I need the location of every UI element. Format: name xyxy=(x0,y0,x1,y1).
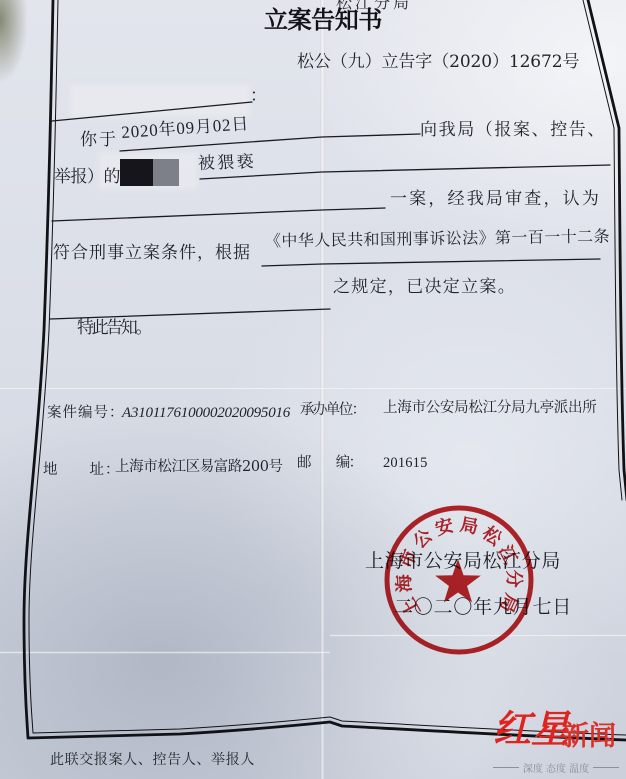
postcode-label: 邮 编： xyxy=(297,456,362,471)
signature-agency: 上海市公安局松江分局 xyxy=(365,552,561,571)
line3-suffix: 一案，经我局审查，认为 xyxy=(390,191,601,208)
line1-suffix: 向我局（报案、控告、 xyxy=(420,122,606,139)
privacy-blur-recipient xyxy=(70,84,250,118)
copy-recipient-note: 此联交报案人、控告人、举报人 xyxy=(50,753,255,767)
line4-prefix: 符合刑事立案条件，根据 xyxy=(53,245,251,262)
address-label: 地 址： xyxy=(43,463,121,478)
handler-label: 承办单位： xyxy=(300,403,365,418)
border-right-outer xyxy=(588,0,626,500)
document-title: 立案告知书 xyxy=(264,8,382,32)
watermark-slogan: 深度 态度 温度 xyxy=(493,760,619,775)
underline-case xyxy=(200,165,610,179)
paper-fold-horizontal xyxy=(0,387,626,390)
address-value: 上海市松江区易富路200号 xyxy=(115,460,283,475)
filled-date: 2020年09月02日 xyxy=(121,115,250,141)
slogan-rule-right xyxy=(593,767,619,768)
case-number-label: 案件编号： xyxy=(47,406,125,421)
line5-suffix: 之规定，已决定立案。 xyxy=(333,279,516,296)
filled-law-reference: 《中华人民共和国刑事诉讼法》第一百一十二条 xyxy=(265,230,610,251)
filled-case-type: 被猥亵 xyxy=(198,154,257,173)
handler-value: 上海市公安局松江分局九亭派出所 xyxy=(383,401,597,416)
seal-stamp-icon: 上海市公安局松江分局 xyxy=(387,508,531,652)
redaction-block-dark xyxy=(120,159,153,186)
document-number: 松公（九）立告字（2020）12672号 xyxy=(297,54,579,71)
slogan-text: 深度 态度 温度 xyxy=(523,760,589,775)
slogan-rule-left xyxy=(493,767,519,768)
paper-fold-lower-left xyxy=(0,651,330,654)
line2-prefix: 举报）的 xyxy=(54,169,120,186)
underline-line3 xyxy=(52,208,385,221)
recipient-colon: ： xyxy=(250,88,267,105)
redaction-block-gray xyxy=(153,159,179,186)
closing-text: 特此告知。 xyxy=(77,320,150,337)
watermark-brand-red: 红星 xyxy=(493,710,569,748)
postcode-value: 201615 xyxy=(383,456,428,471)
case-number-value: A3101176100002020095016 xyxy=(122,406,290,421)
underline-law xyxy=(262,259,600,266)
border-right-inner xyxy=(583,0,622,500)
signature-date: 二〇二〇年九月七日 xyxy=(394,598,572,617)
line1-prefix: 你于 xyxy=(80,132,118,149)
document-photo: 松江分局 立案告知书 松公（九）立告字（2020）12672号 ： 你于 202… xyxy=(0,0,626,779)
watermark-brand-news: 新闻 xyxy=(562,723,616,750)
paper-fold-lower-right xyxy=(330,634,626,637)
